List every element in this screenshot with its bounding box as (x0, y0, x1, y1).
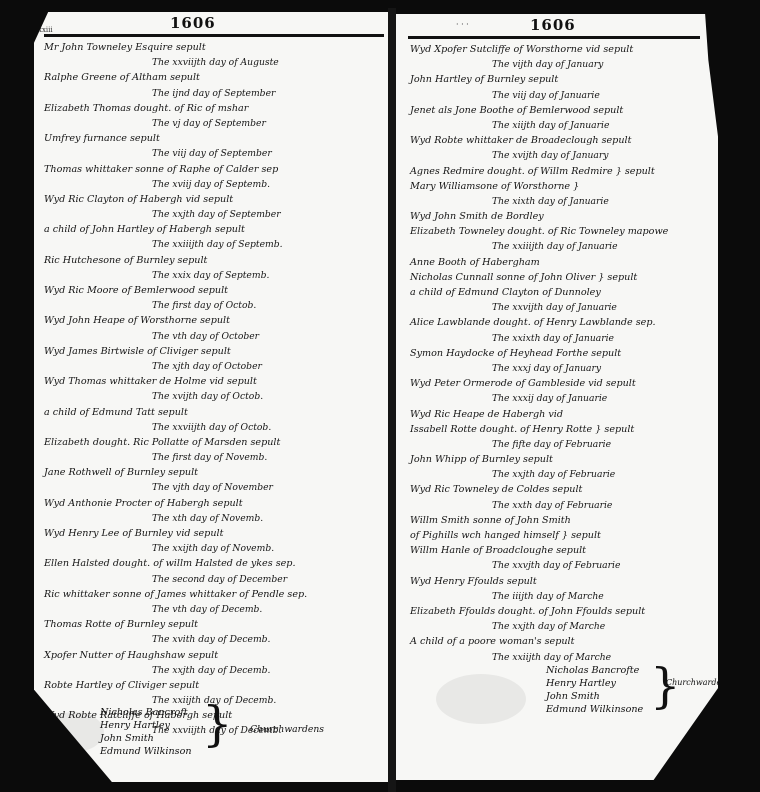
header-rule (44, 34, 384, 37)
burial-entries-list: Mr John Towneley Esquire sepultThe xxvii… (34, 40, 388, 739)
entry-name-line: Ellen Halsted dought. of willm Halsted d… (34, 556, 388, 571)
entry-name-line: Wyd Ric Clayton of Habergh vid sepult (34, 192, 388, 207)
entry-name-line: Wyd Xpofer Sutcliffe of Worsthorne vid s… (396, 42, 718, 57)
entry-date-line: The xxxj day of January (396, 361, 718, 376)
entry-date-line: The xvijth day of January (396, 148, 718, 163)
signature: Edmund Wilkinsone (546, 703, 643, 716)
entry-date-line: The second day of December (34, 572, 388, 587)
entry-name-line: Thomas whittaker sonne of Raphe of Calde… (34, 162, 388, 177)
entry-date-line: The xxvjth day of Februarie (396, 558, 718, 573)
entry-name-line: Wyd Ric Heape de Habergh vid (396, 407, 718, 422)
entry-name-line: Wyd James Birtwisle of Cliviger sepult (34, 344, 388, 359)
entry-name-line: a child of Edmund Tatt sepult (34, 405, 388, 420)
entry-name-line: A child of a poore woman's sepult (396, 634, 718, 649)
entry-date-line: The xxth day of Februarie (396, 498, 718, 513)
book-spine (388, 8, 396, 792)
entry-date-line: The xiijth day of Januarie (396, 118, 718, 133)
churchwardens-label: Churchwardens (250, 724, 324, 735)
entry-date-line: The vth day of October (34, 329, 388, 344)
entry-name-line: Willm Smith sonne of John Smith (396, 513, 718, 528)
entry-date-line: The vjth day of November (34, 480, 388, 495)
entry-name-line: Alice Lawblande dought. of Henry Lawblan… (396, 315, 718, 330)
entry-name-line: Mr John Towneley Esquire sepult (34, 40, 388, 55)
faded-offset-text (436, 674, 526, 724)
entry-date-line: The xvijth day of Octob. (34, 389, 388, 404)
entry-name-line: Ric whittaker sonne of James whittaker o… (34, 587, 388, 602)
brace-mark: } (202, 700, 233, 748)
right-register-page: · · · 1606 Wyd Xpofer Sutcliffe of Worst… (396, 14, 718, 780)
entry-date-line: The viij day of Januarie (396, 88, 718, 103)
header-marginalia: · · · (456, 20, 469, 29)
entry-date-line: The iiijth day of Marche (396, 589, 718, 604)
entry-name-line: Jenet als Jone Boothe of Bemlerwood sepu… (396, 103, 718, 118)
signature: Henry Hartley (546, 677, 643, 690)
entry-date-line: The viij day of September (34, 146, 388, 161)
signature: John Smith (100, 732, 192, 745)
entry-date-line: The xxijth day of Novemb. (34, 541, 388, 556)
signature: Henry Hartley (100, 719, 192, 732)
entry-name-line: a child of John Hartley of Habergh sepul… (34, 222, 388, 237)
entry-date-line: The xviij day of Septemb. (34, 177, 388, 192)
signature: John Smith (546, 690, 643, 703)
entry-name-line: Thomas Rotte of Burnley sepult (34, 617, 388, 632)
churchwardens-signatures: Nicholas Bancroft Henry Hartley John Smi… (100, 706, 192, 758)
signature: Nicholas Bancrofte (546, 664, 643, 677)
left-register-page: xxiii 1606 Mr John Towneley Esquire sepu… (34, 12, 388, 782)
entry-name-line: Wyd John Smith de Bordley (396, 209, 718, 224)
entry-name-line: Symon Haydocke of Heyhead Forthe sepult (396, 346, 718, 361)
entry-name-line: Elizabeth Thomas dought. of Ric of mshar (34, 101, 388, 116)
churchwardens-signatures: Nicholas Bancrofte Henry Hartley John Sm… (546, 664, 643, 716)
entry-date-line: The vijth day of January (396, 57, 718, 72)
entry-date-line: The first day of Novemb. (34, 450, 388, 465)
entry-date-line: The xxjth day of Decemb. (34, 663, 388, 678)
entry-name-line: Willm Hanle of Broadcloughe sepult (396, 543, 718, 558)
entry-name-line: Ralphe Greene of Altham sepult (34, 70, 388, 85)
entry-date-line: The vj day of September (34, 116, 388, 131)
entry-date-line: The xxviijth day of Auguste (34, 55, 388, 70)
entry-name-line: Anne Booth of Habergham (396, 255, 718, 270)
entry-name-line: Wyd Anthonie Procter of Habergh sepult (34, 496, 388, 511)
entry-name-line: Elizabeth dought. Ric Pollatte of Marsde… (34, 435, 388, 450)
entry-name-line: Xpofer Nutter of Haughshaw sepult (34, 648, 388, 663)
entry-name-line: Nicholas Cunnall sonne of John Oliver } … (396, 270, 718, 285)
entry-name-line: Ric Hutchesone of Burnley sepult (34, 253, 388, 268)
entry-date-line: The xxiiijth day of Januarie (396, 239, 718, 254)
entry-name-line: Robte Hartley of Cliviger sepult (34, 678, 388, 693)
entry-name-line: John Whipp of Burnley sepult (396, 452, 718, 467)
entry-date-line: The xixth day of Januarie (396, 194, 718, 209)
entry-name-line: a child of Edmund Clayton of Dunnoley (396, 285, 718, 300)
entry-name-line: Wyd Robte whittaker de Broadeclough sepu… (396, 133, 718, 148)
entry-date-line: The xth day of Novemb. (34, 511, 388, 526)
signature: Edmund Wilkinson (100, 745, 192, 758)
entry-name-line: Wyd Ric Moore of Bemlerwood sepult (34, 283, 388, 298)
entry-name-line: Wyd Ric Towneley de Coldes sepult (396, 482, 718, 497)
entry-name-line: Umfrey furnance sepult (34, 131, 388, 146)
entry-name-line: Wyd John Heape of Worsthorne sepult (34, 313, 388, 328)
folio-number: xxiii (38, 26, 53, 34)
churchwardens-label: Churchwardens (666, 678, 718, 687)
header-rule (408, 36, 700, 39)
entry-name-line: Issabell Rotte dought. of Henry Rotte } … (396, 422, 718, 437)
paper-stain (44, 712, 104, 752)
page-year-heading: 1606 (530, 16, 576, 34)
page-year-heading: 1606 (170, 14, 216, 32)
entry-date-line: The xxviijth day of Octob. (34, 420, 388, 435)
entry-name-line: Wyd Henry Ffoulds sepult (396, 574, 718, 589)
burial-entries-list: Wyd Xpofer Sutcliffe of Worsthorne vid s… (396, 42, 718, 665)
entry-name-line: Mary Williamsone of Worsthorne } (396, 179, 718, 194)
entry-date-line: The xxiiijth day of Septemb. (34, 237, 388, 252)
entry-date-line: The xxjth day of September (34, 207, 388, 222)
entry-date-line: The xvith day of Decemb. (34, 632, 388, 647)
signature: Nicholas Bancroft (100, 706, 192, 719)
entry-date-line: The vth day of Decemb. (34, 602, 388, 617)
entry-date-line: The xxix day of Septemb. (34, 268, 388, 283)
entry-name-line: Jane Rothwell of Burnley sepult (34, 465, 388, 480)
entry-date-line: The fifte day of Februarie (396, 437, 718, 452)
entry-name-line: Elizabeth Towneley dought. of Ric Townel… (396, 224, 718, 239)
entry-name-line: of Pighills wch hanged himself } sepult (396, 528, 718, 543)
entry-date-line: The xxvijth day of Januarie (396, 300, 718, 315)
entry-date-line: The xxjth day of Februarie (396, 467, 718, 482)
entry-name-line: Wyd Thomas whittaker de Holme vid sepult (34, 374, 388, 389)
entry-date-line: The ijnd day of September (34, 86, 388, 101)
entry-name-line: Elizabeth Ffoulds dought. of John Ffould… (396, 604, 718, 619)
entry-date-line: The first day of Octob. (34, 298, 388, 313)
entry-date-line: The xxixth day of Januarie (396, 331, 718, 346)
entry-name-line: Agnes Redmire dought. of Willm Redmire }… (396, 164, 718, 179)
entry-date-line: The xjth day of October (34, 359, 388, 374)
entry-name-line: Wyd Peter Ormerode of Gambleside vid sep… (396, 376, 718, 391)
entry-name-line: John Hartley of Burnley sepult (396, 72, 718, 87)
entry-name-line: Wyd Henry Lee of Burnley vid sepult (34, 526, 388, 541)
entry-date-line: The xxjth day of Marche (396, 619, 718, 634)
entry-date-line: The xxxij day of Januarie (396, 391, 718, 406)
